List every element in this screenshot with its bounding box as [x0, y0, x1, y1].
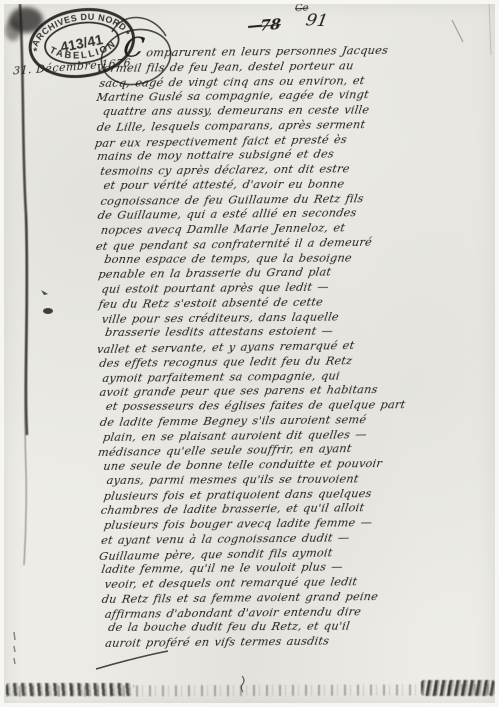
right-edge-line: [489, 2, 491, 55]
margin-ink-blob-2: [43, 308, 53, 314]
margin-ink-blob-1: [41, 290, 48, 295]
bottom-scan-band-right: [421, 680, 495, 696]
manuscript-line: auroit proféré en vifs termes ausdits: [104, 633, 496, 652]
folio-number: 91: [304, 11, 329, 32]
stamp-star-left: *: [33, 46, 38, 57]
folio-struck-number: 78: [259, 15, 281, 35]
fold-line-dotted-remnant: [14, 632, 15, 664]
bottom-flourish-stroke: [96, 651, 168, 669]
manuscript-body: Comparurent en leurs personnes JacquesVe…: [99, 38, 495, 652]
page-fold-line-lower: [24, 215, 26, 565]
manuscript-scan-page: ARCHIVES DU NORD TABELLION 413/41 * * 31…: [0, 0, 499, 707]
bottom-scan-band-left: [6, 683, 134, 696]
